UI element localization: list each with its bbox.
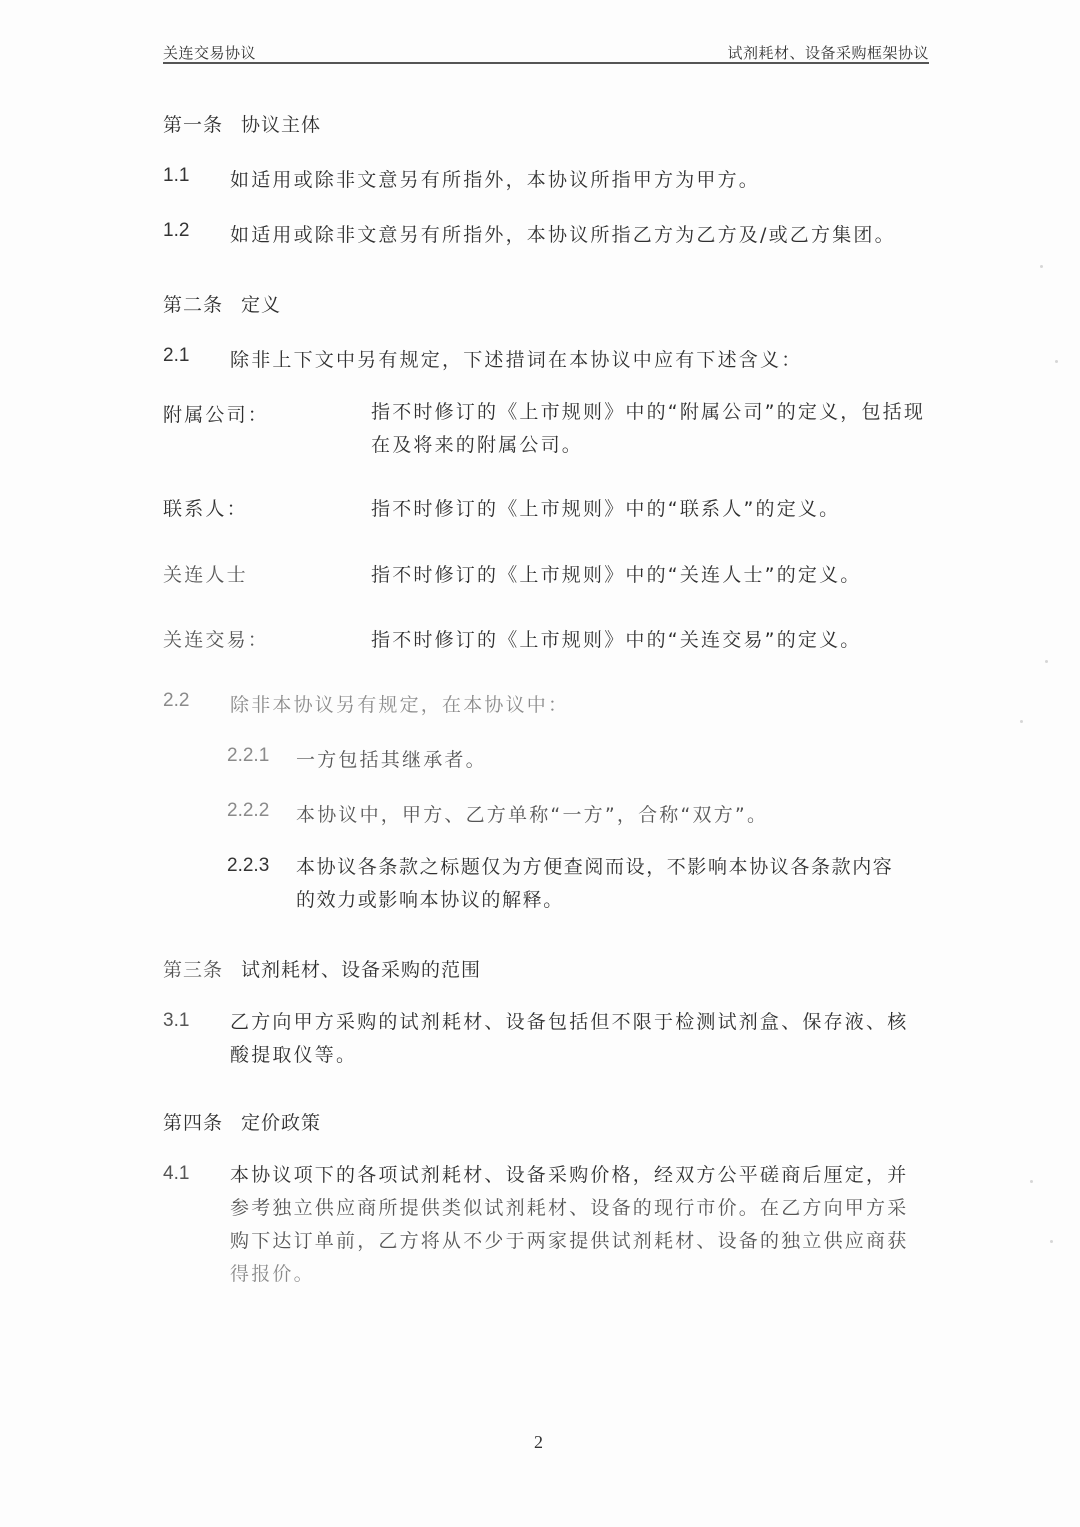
clause-line: 酸提取仪等。	[230, 1039, 908, 1072]
definition-term: 关连人士	[163, 560, 248, 587]
clause-number: 1.2	[163, 220, 189, 242]
definition-line: 在及将来的附属公司。	[371, 429, 925, 462]
definition-term: 联系人：	[163, 494, 248, 521]
clause-number: 2.2	[163, 690, 189, 712]
article-4-heading: 第四条定价政策	[163, 1108, 321, 1135]
subclause-line: 的效力或影响本协议的解释。	[296, 884, 893, 917]
clause-text: 如适用或除非文意另有所指外，本协议所指乙方为乙方及/或乙方集团。	[230, 220, 896, 247]
clause-text: 本协议项下的各项试剂耗材、设备采购价格，经双方公平磋商后厘定，并 参考独立供应商…	[230, 1159, 908, 1291]
clause-text: 除非本协议另有规定，在本协议中：	[230, 690, 569, 717]
definition-text: 指不时修订的《上市规则》中的“关连人士”的定义。	[371, 560, 862, 587]
page-number: 2	[534, 1432, 543, 1453]
clause-number: 3.1	[163, 1010, 189, 1032]
article-2-heading: 第二条定义	[163, 290, 281, 317]
clause-text: 如适用或除非文意另有所指外，本协议所指甲方为甲方。	[230, 165, 760, 192]
subclause-text: 本协议各条款之标题仅为方便查阅而设，不影响本协议各条款内容 的效力或影响本协议的…	[296, 851, 893, 917]
definition-line: 指不时修订的《上市规则》中的“附属公司”的定义，包括现	[371, 396, 925, 429]
article-1-heading: 第一条协议主体	[163, 110, 321, 137]
article-label: 第一条	[163, 114, 223, 136]
clause-text: 乙方向甲方采购的试剂耗材、设备包括但不限于检测试剂盒、保存液、核 酸提取仪等。	[230, 1006, 908, 1072]
clause-number: 1.1	[163, 165, 189, 187]
subclause-number: 2.2.3	[227, 855, 269, 877]
article-label: 第三条	[163, 959, 223, 981]
scan-noise	[1050, 1240, 1053, 1243]
clause-line: 购下达订单前，乙方将从不少于两家提供试剂耗材、设备的独立供应商获	[230, 1225, 908, 1258]
scan-noise	[1045, 660, 1048, 663]
subclause-line: 本协议各条款之标题仅为方便查阅而设，不影响本协议各条款内容	[296, 851, 893, 884]
article-title: 定价政策	[241, 1112, 321, 1134]
article-title: 协议主体	[241, 114, 321, 136]
definition-text: 指不时修订的《上市规则》中的“附属公司”的定义，包括现 在及将来的附属公司。	[371, 396, 925, 462]
running-header: 关连交易协议 试剂耗材、设备采购框架协议	[163, 40, 929, 64]
clause-line: 参考独立供应商所提供类似试剂耗材、设备的现行市价。在乙方向甲方采	[230, 1192, 908, 1225]
clause-number: 4.1	[163, 1163, 189, 1185]
subclause-number: 2.2.1	[227, 745, 269, 767]
clause-line: 乙方向甲方采购的试剂耗材、设备包括但不限于检测试剂盒、保存液、核	[230, 1006, 908, 1039]
clause-line: 本协议项下的各项试剂耗材、设备采购价格，经双方公平磋商后厘定，并	[230, 1159, 908, 1192]
subclause-text: 本协议中，甲方、乙方单称“一方”，合称“双方”。	[296, 800, 768, 827]
article-title: 试剂耗材、设备采购的范围	[241, 959, 481, 981]
scan-noise	[1040, 265, 1043, 268]
subclause-text: 一方包括其继承者。	[296, 745, 487, 772]
document-page: 关连交易协议 试剂耗材、设备采购框架协议 第一条协议主体 1.1 如适用或除非文…	[0, 0, 1080, 1527]
article-label: 第二条	[163, 294, 223, 316]
article-3-heading: 第三条试剂耗材、设备采购的范围	[163, 955, 481, 982]
definition-term: 关连交易：	[163, 625, 269, 652]
header-left-title: 关连交易协议	[163, 42, 256, 63]
definition-text: 指不时修订的《上市规则》中的“联系人”的定义。	[371, 494, 840, 521]
header-right-title: 试剂耗材、设备采购框架协议	[727, 42, 929, 63]
scan-noise	[1030, 1180, 1033, 1183]
clause-number: 2.1	[163, 345, 189, 367]
definition-term: 附属公司：	[163, 400, 269, 427]
clause-text: 除非上下文中另有规定，下述措词在本协议中应有下述含义：	[230, 345, 802, 372]
article-label: 第四条	[163, 1112, 223, 1134]
clause-line: 得报价。	[230, 1258, 908, 1291]
definition-text: 指不时修订的《上市规则》中的“关连交易”的定义。	[371, 625, 862, 652]
subclause-number: 2.2.2	[227, 800, 269, 822]
scan-noise	[1020, 720, 1023, 723]
article-title: 定义	[241, 294, 281, 316]
scan-noise	[1055, 360, 1058, 363]
